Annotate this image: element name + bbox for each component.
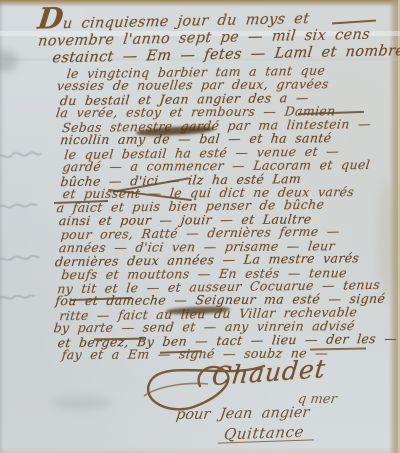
page-bottom-edge — [0, 447, 400, 453]
signature-on-behalf: pour Jean angier — [175, 405, 311, 423]
act-body: le vingtcinq barbier tam a tant que vess… — [51, 63, 395, 361]
manuscript-page: Du cinquiesme jour du moys et novembre l… — [0, 0, 400, 453]
show-through-writing — [0, 250, 40, 266]
date-header: Du cinquiesme jour du moys et novembre l… — [37, 3, 388, 67]
paper-stain — [52, 396, 112, 410]
show-through-writing — [0, 146, 42, 164]
paper-stain — [0, 50, 18, 72]
docket-word: Quittance — [223, 423, 305, 444]
show-through-writing — [0, 198, 38, 214]
show-through-writing — [0, 290, 36, 304]
